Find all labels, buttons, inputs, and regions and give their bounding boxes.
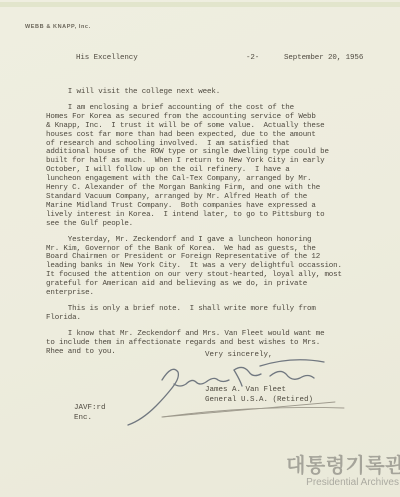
watermark-korean-text: 대통령기록관: [286, 455, 400, 477]
reference-initials: JAVF:rd: [74, 404, 106, 412]
typed-signature-title: General U.S.A. (Retired): [205, 396, 313, 404]
paragraph-1: I will visit the college next week.: [46, 88, 356, 97]
paragraph-3: Yesterday, Mr. Zeckendorf and I gave a l…: [46, 236, 356, 298]
letterhead: WEBB & KNAPP, Inc.: [25, 24, 91, 30]
watermark-english-text: Presidential Archives: [286, 477, 400, 489]
letter-page: WEBB & KNAPP, Inc. His Excellency -2- Se…: [0, 0, 400, 497]
typed-signature-name: James A. Van Fleet: [205, 386, 286, 394]
letter-date: September 20, 1956: [284, 54, 363, 62]
letter-body: I will visit the college next week. I am…: [46, 88, 356, 363]
pencil-marks: [162, 402, 344, 417]
paragraph-2: I am enclosing a brief accounting of the…: [46, 104, 356, 229]
page-number: -2-: [246, 54, 259, 62]
archive-watermark: 대통령기록관 Presidential Archives: [286, 455, 400, 489]
addressee: His Excellency: [76, 54, 138, 62]
enclosure-notation: Enc.: [74, 414, 92, 422]
scan-edge-band: [0, 2, 400, 7]
paragraph-4: This is only a brief note. I shall write…: [46, 305, 356, 323]
